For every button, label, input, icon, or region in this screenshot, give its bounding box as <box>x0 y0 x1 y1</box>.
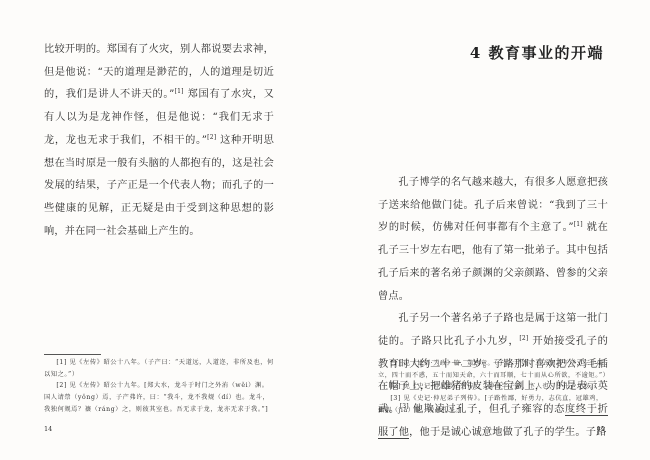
paragraph: 孔子博学的名气越来越大，有很多人愿意把孩子送来给他做门徒。孔子后来曾说：“我到了… <box>378 172 608 308</box>
footnote-ref[interactable]: [1] <box>175 88 184 95</box>
footnote-ref[interactable]: [2] <box>207 134 216 141</box>
left-page: 比较开明的。郑国有了火灾，别人都说要去求神，但是他说：“天的道理是渺茫的，人的道… <box>0 0 325 460</box>
page-number: 14 <box>44 425 52 433</box>
footnote: [2] 见《左传》昭公十九年。[郑大水，龙斗于时门之外洧（wěi）渊。国人请禜（… <box>44 380 274 415</box>
paragraph: 比较开明的。郑国有了火灾，别人都说要去求神，但是他说：“天的道理是渺茫的，人的道… <box>44 39 274 243</box>
footnote-divider <box>44 354 101 355</box>
footnotes: [1] 见《论语·为政》篇，第四章。（子曰：“吾十有五而志于学，三十而立，四十而… <box>378 358 608 417</box>
footnote: [1] 见《左传》昭公十八年。（子产曰：“天道远，人道迩，非所及也，何以知之。”… <box>44 357 274 380</box>
footnotes: [1] 见《左传》昭公十八年。（子产曰：“天道远，人道迩，非所及也，何以知之。”… <box>44 357 274 416</box>
body-text: 比较开明的。郑国有了火灾，别人都说要去求神，但是他说：“天的道理是渺茫的，人的道… <box>44 39 274 243</box>
chapter-title: 4 教育事业的开端 <box>470 42 604 63</box>
footnote: [1] 见《论语·为政》篇，第四章。（子曰：“吾十有五而志于学，三十而立，四十而… <box>378 358 608 381</box>
right-page: 4 教育事业的开端 孔子博学的名气越来越大，有很多人愿意把孩子送来给他做门徒。孔… <box>325 0 650 460</box>
footnote-ref[interactable]: [1] <box>574 221 583 228</box>
footnote: [3] 见《史记·仲尼弟子列传》。[子路性鄙，好勇力，志伉直，冠雄鸡，佩豭（ji… <box>378 393 608 416</box>
footnote: [2] 见《史记·仲尼弟子列传》。（仲由字子路，卞人也，少孔子九岁。） <box>378 381 608 393</box>
page-number: 15 <box>597 425 605 433</box>
